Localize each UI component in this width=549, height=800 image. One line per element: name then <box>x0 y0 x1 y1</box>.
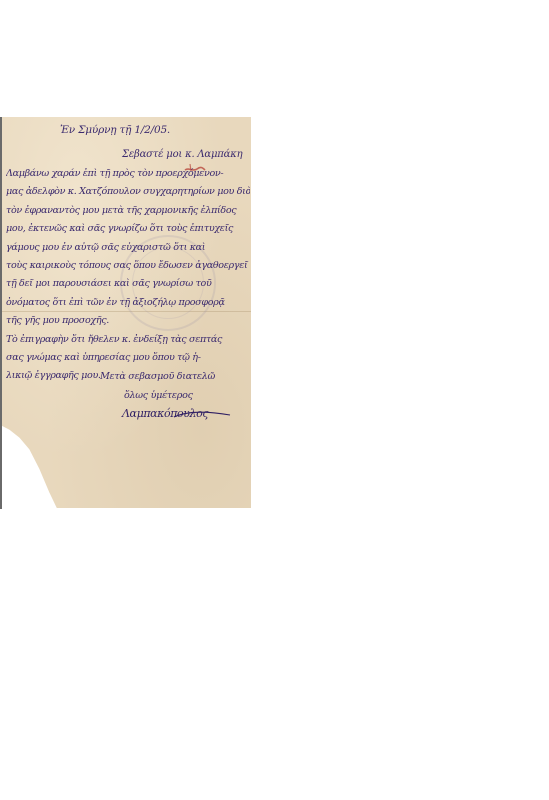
letter-body-line: τῇ δεῖ μοι παρουσιάσει καὶ σᾶς γνωρίσω τ… <box>6 275 250 293</box>
closing-line: Μετὰ σεβασμοῦ διατελῶ <box>100 367 250 386</box>
letter-body-line: τοὺς καιρικοὺς τόπους σας ὅπου ἔδωσεν ἀγ… <box>6 257 250 275</box>
letter-body-line: τῆς γῆς μου προσοχῆς. <box>6 312 250 330</box>
letter-date-line: Ἐν Σμύρνῃ τῇ 1/2/05. <box>60 124 170 136</box>
letter-body-line: μας ἀδελφὸν κ. Χατζόπουλον συγχαρητηρίων… <box>6 183 250 201</box>
document-page: Ἐν Σμύρνῃ τῇ 1/2/05. Σεβαστέ μοι κ. Λαμπ… <box>0 0 549 800</box>
signature-flourish-icon <box>172 409 232 421</box>
letter-body-line: σας γνώμας καὶ ὑπηρεσίας μου ὅπου τῷ ἡ- <box>6 349 250 367</box>
letter-salutation: Σεβαστέ μοι κ. Λαμπάκη <box>122 149 242 160</box>
letter-body-line: Λαμβάνω χαράν ἐπὶ τῇ πρὸς τὸν προερχόμεν… <box>6 165 250 183</box>
letter-body-line: ὀνόματος ὅτι ἐπὶ τῶν ἐν τῇ ἀξιοζήλῳ προσ… <box>6 294 250 312</box>
letter-body-line: τὸν ἐφραναντὸς μου μετὰ τῆς χαρμονικῆς ἐ… <box>6 202 250 220</box>
scan-edge-shadow <box>0 117 2 509</box>
closing-line: ὅλως ὑμέτερος <box>124 386 250 405</box>
letter-body-line: μου, ἐκτενῶς καὶ σᾶς γνωρίζω ὅτι τοὺς ἐπ… <box>6 220 250 238</box>
letter-body-line: Τὸ ἐπιγραφὴν ὅτι ἤθελεν κ. ἐνδείξῃ τὰς σ… <box>6 331 250 349</box>
handwritten-letter-sheet: Ἐν Σμύρνῃ τῇ 1/2/05. Σεβαστέ μοι κ. Λαμπ… <box>2 117 251 508</box>
letter-body: Λαμβάνω χαράν ἐπὶ τῇ πρὸς τὸν προερχόμεν… <box>6 165 250 386</box>
letter-closing: Μετὰ σεβασμοῦ διατελῶ ὅλως ὑμέτερος <box>100 367 250 405</box>
letter-body-line: γάμους μου ἐν αὐτῷ σᾶς εὐχαριστῶ ὅτι καὶ <box>6 239 250 257</box>
